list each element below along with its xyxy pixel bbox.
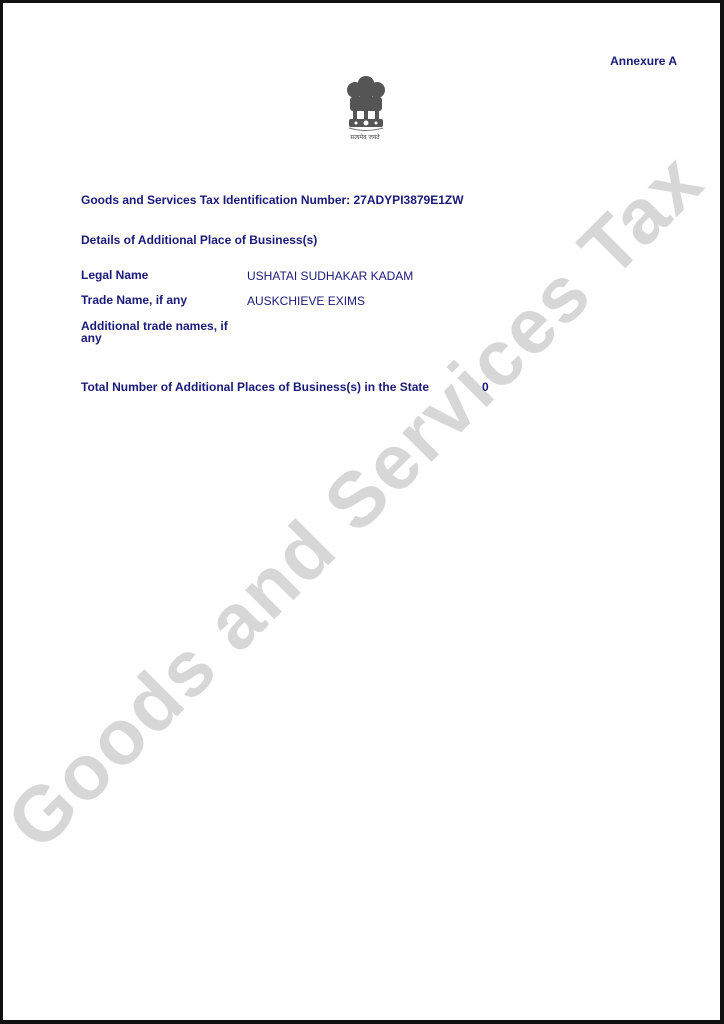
total-places-label: Total Number of Additional Places of Bus…: [81, 380, 429, 394]
emblem-motto: सत्यमेव जयते: [339, 133, 391, 141]
additional-trade-names-label: Additional trade names, if any: [81, 320, 239, 344]
annexure-label: Annexure A: [610, 54, 677, 68]
legal-name-label: Legal Name: [81, 269, 241, 281]
gstin-heading: Goods and Services Tax Identification Nu…: [81, 193, 464, 207]
document-page: Goods and Services Tax Annexure A सत्यमे…: [0, 0, 724, 1024]
legal-name-value: USHATAI SUDHAKAR KADAM: [247, 269, 413, 283]
total-places-value: 0: [482, 380, 489, 394]
trade-name-label: Trade Name, if any: [81, 294, 241, 306]
section-title: Details of Additional Place of Business(…: [81, 233, 317, 247]
trade-name-value: AUSKCHIEVE EXIMS: [247, 294, 365, 308]
